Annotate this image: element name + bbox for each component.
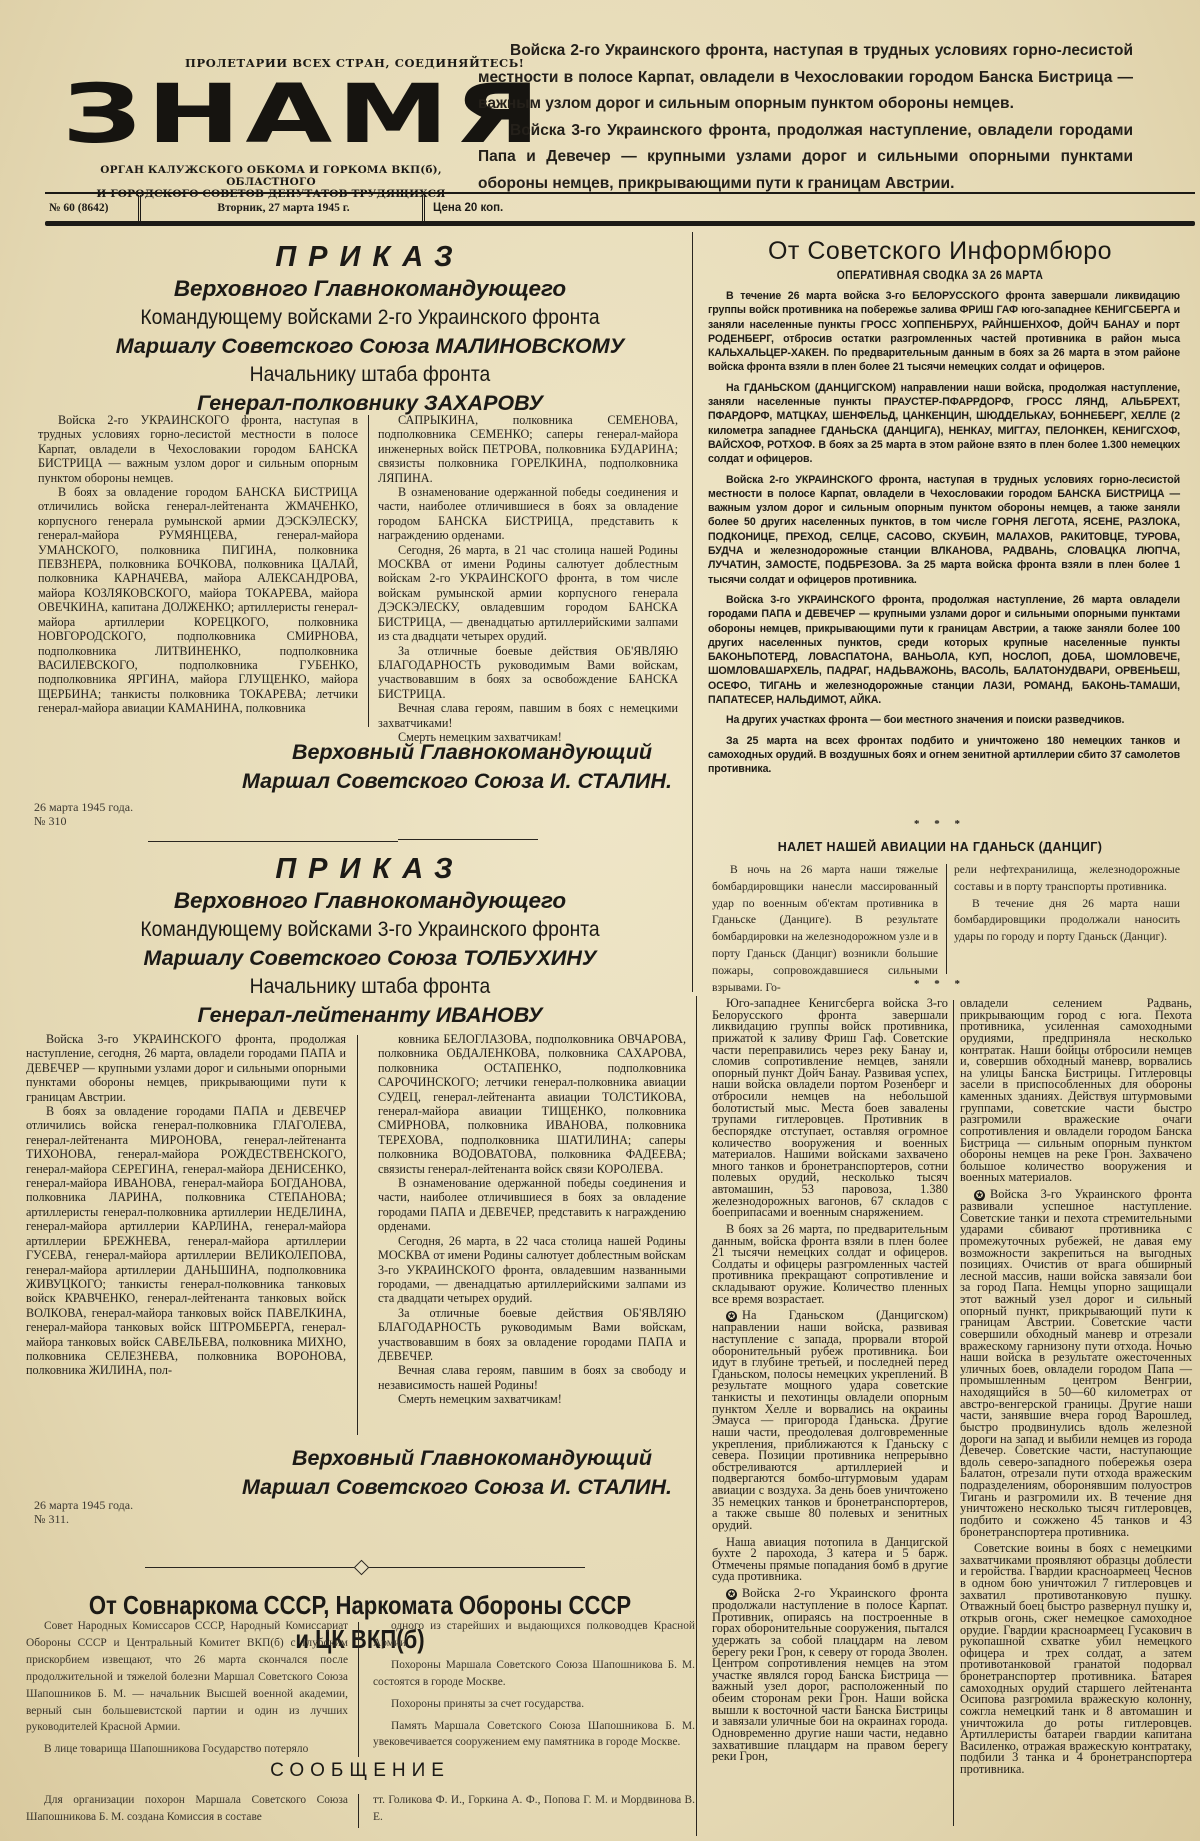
raid-paragraph: В ночь на 26 марта наши тяжелые бомбарди… bbox=[712, 862, 938, 996]
report-paragraph: На других участках фронта — бои местного… bbox=[708, 713, 1180, 727]
message-column-2: тт. Голикова Ф. И., Горкина А. Ф., Попов… bbox=[373, 1792, 695, 1831]
sovnarkom-paragraph: Похороны Маршала Советского Союза Шапошн… bbox=[373, 1657, 695, 1691]
news-paragraph: овладели селением Радвань, прикрывающим … bbox=[960, 998, 1192, 1184]
order-addressee-line: Командующему войсками 3-го Украинского ф… bbox=[85, 916, 655, 944]
order-title: ПРИКАЗ bbox=[60, 852, 680, 886]
message-headline: СООБЩЕНИЕ bbox=[60, 1760, 660, 1782]
order-paragraph: Сегодня, 26 марта, в 21 час столица наше… bbox=[378, 543, 678, 644]
news-paragraph: В боях за 26 марта, по предварительным д… bbox=[712, 1224, 948, 1305]
column-divider bbox=[357, 1035, 358, 1435]
newspaper-logo: ЗНАМЯ bbox=[62, 74, 545, 155]
order-issuer: Верховного Главнокомандующего bbox=[60, 886, 680, 916]
section-separator-stars: * * * bbox=[700, 978, 1180, 990]
sovinformburo-subtitle: ОПЕРАТИВНАЯ СВОДКА ЗА 26 МАРТА bbox=[724, 270, 1156, 282]
column-divider bbox=[696, 996, 697, 1836]
sovnarkom-paragraph: Память Маршала Советского Союза Шапошник… bbox=[373, 1718, 695, 1752]
order-310-header: ПРИКАЗ Верховного Главнокомандующего Ком… bbox=[60, 240, 680, 418]
sovnarkom-paragraph: одного из старейших и выдающихся полково… bbox=[373, 1618, 695, 1652]
column-divider bbox=[692, 232, 693, 992]
news-paragraph: Юго-западнее Кенигсберга войска 3-го Бел… bbox=[712, 998, 948, 1219]
lead-paragraph: Войска 2-го Украинского фронта, наступая… bbox=[478, 38, 1133, 118]
report-paragraph: Войска 3-го УКРАИНСКОГО фронта, продолжа… bbox=[708, 593, 1180, 707]
sovnarkom-paragraph: В лице товарища Шапошникова Государство … bbox=[26, 1741, 348, 1758]
report-paragraph: На ГДАНЬСКОМ (ДАНЦИГСКОМ) направлении на… bbox=[708, 381, 1180, 467]
news-paragraph: Советские воины в боях с немецкими захва… bbox=[960, 1543, 1192, 1776]
order-311-column-2: ковника БЕЛОГЛАЗОВА, подполковника ОВЧАР… bbox=[378, 1032, 686, 1407]
issue-number: № 60 (8642) bbox=[45, 195, 141, 221]
order-addressee-line: Маршалу Советского Союза МАЛИНОВСКОМУ bbox=[60, 332, 680, 361]
front-news-column-2: овладели селением Радвань, прикрывающим … bbox=[960, 998, 1192, 1781]
sovnarkom-column-2: одного из старейших и выдающихся полково… bbox=[373, 1618, 695, 1756]
order-paragraph: Вечная слава героям, павшим в боях с нем… bbox=[378, 701, 678, 730]
order-issuer: Верховного Главнокомандующего bbox=[60, 274, 680, 304]
signature-name: Маршал Советского Союза И. СТАЛИН. bbox=[210, 1473, 672, 1502]
report-paragraph: Войска 2-го УКРАИНСКОГО фронта, наступая… bbox=[708, 473, 1180, 587]
column-divider bbox=[358, 1794, 359, 1828]
sovnarkom-paragraph: Совет Народных Комиссаров СССР, Народный… bbox=[26, 1618, 348, 1736]
order-paragraph: Сегодня, 26 марта, в 22 часа столица наш… bbox=[378, 1234, 686, 1306]
news-paragraph: ✪Войска 3-го Украинского фронта развивал… bbox=[960, 1189, 1192, 1538]
order-number: № 310 bbox=[34, 814, 133, 828]
message-paragraph: тт. Голикова Ф. И., Горкина А. Ф., Попов… bbox=[373, 1792, 695, 1826]
order-paragraph: В ознаменование одержанной победы соедин… bbox=[378, 1176, 686, 1234]
order-addressee-line: Генерал-лейтенанту ИВАНОВУ bbox=[60, 1001, 680, 1030]
order-311-signature: Верховный Главнокомандующий Маршал Совет… bbox=[210, 1444, 672, 1502]
order-date: 26 марта 1945 года. bbox=[34, 1498, 133, 1512]
order-311-column-1: Войска 3-го УКРАИНСКОГО фронта, продолжа… bbox=[26, 1032, 346, 1378]
news-paragraph: ✪Войска 2-го Украинского фронта продолжа… bbox=[712, 1588, 948, 1763]
section-rule bbox=[148, 841, 398, 842]
masthead-bottom-rule bbox=[45, 221, 1195, 226]
raid-paragraph: рели нефтехранилища, железнодорожные сос… bbox=[954, 862, 1180, 896]
publisher-line-1: ОРГАН КАЛУЖСКОГО ОБКОМА И ГОРКОМА ВКП(б)… bbox=[76, 164, 466, 188]
signature-title: Верховный Главнокомандующий bbox=[210, 1444, 672, 1473]
order-311-date: 26 марта 1945 года. № 311. bbox=[34, 1498, 133, 1526]
order-paragraph: За отличные боевые действия ОБ'ЯВЛЯЮ БЛА… bbox=[378, 644, 678, 702]
order-addressee-line: Начальнику штаба фронта bbox=[85, 973, 655, 1001]
order-number: № 311. bbox=[34, 1512, 133, 1526]
order-date: 26 марта 1945 года. bbox=[34, 800, 133, 814]
order-paragraph: Войска 2-го УКРАИНСКОГО фронта, наступая… bbox=[38, 413, 358, 485]
order-310-column-1: Войска 2-го УКРАИНСКОГО фронта, наступая… bbox=[38, 413, 358, 716]
column-divider bbox=[368, 415, 369, 727]
issue-date: Вторник, 27 марта 1945 г. bbox=[145, 195, 425, 221]
order-paragraph: Войска 3-го УКРАИНСКОГО фронта, продолжа… bbox=[26, 1032, 346, 1104]
raid-column-2: рели нефтехранилища, железнодорожные сос… bbox=[954, 862, 1180, 946]
column-divider bbox=[946, 864, 947, 974]
column-divider bbox=[358, 1622, 359, 1757]
message-column-1: Для организации похорон Маршала Советско… bbox=[26, 1792, 348, 1831]
order-title: ПРИКАЗ bbox=[60, 240, 680, 274]
order-paragraph: ковника БЕЛОГЛАЗОВА, подполковника ОВЧАР… bbox=[378, 1032, 686, 1176]
order-paragraph: В ознаменование одержанной победы соедин… bbox=[378, 485, 678, 543]
front-news-column-1: Юго-западнее Кенигсберга войска 3-го Бел… bbox=[712, 998, 948, 1768]
order-paragraph: САПРЫКИНА, полковника СЕМЕНОВА, подполко… bbox=[378, 413, 678, 485]
lead-paragraph: Войска 3-го Украинского фронта, продолжа… bbox=[478, 118, 1133, 198]
order-addressee-line: Командующему войсками 2-го Украинского ф… bbox=[85, 304, 655, 332]
news-paragraph: ✪На Гданьском (Данцигском) направлении н… bbox=[712, 1310, 948, 1531]
sovnarkom-paragraph: Похороны приняты за счет государства. bbox=[373, 1696, 695, 1713]
diamond-ornament-icon bbox=[354, 1560, 370, 1576]
order-paragraph: В боях за овладение городами ПАПА и ДЕВЕ… bbox=[26, 1104, 346, 1378]
order-paragraph: В боях за овладение городом БАНСКА БИСТР… bbox=[38, 485, 358, 716]
order-paragraph: Вечная слава героям, павшим в боях за св… bbox=[378, 1363, 686, 1392]
order-310-date: 26 марта 1945 года. № 310 bbox=[34, 800, 133, 828]
raid-headline: НАЛЕТ НАШЕЙ АВИАЦИИ НА ГДАНЬСК (ДАНЦИГ) bbox=[700, 840, 1180, 854]
message-paragraph: Для организации похорон Маршала Советско… bbox=[26, 1792, 348, 1826]
order-addressee-line: Начальнику штаба фронта bbox=[85, 361, 655, 389]
report-paragraph: За 25 марта на всех фронтах подбито и ун… bbox=[708, 734, 1180, 777]
lead-announcement: Войска 2-го Украинского фронта, наступая… bbox=[478, 38, 1133, 197]
order-311-header: ПРИКАЗ Верховного Главнокомандующего Ком… bbox=[60, 852, 680, 1030]
order-paragraph: Смерть немецким захватчикам! bbox=[378, 1392, 686, 1406]
order-310-signature: Верховный Главнокомандующий Маршал Совет… bbox=[210, 738, 672, 796]
section-rule bbox=[398, 839, 538, 840]
news-paragraph: Наша авиация потопила в Данцигской бухте… bbox=[712, 1537, 948, 1584]
issue-info-bar: № 60 (8642) Вторник, 27 марта 1945 г. Це… bbox=[45, 195, 1195, 221]
order-addressee-line: Маршалу Советского Союза ТОЛБУХИНУ bbox=[60, 944, 680, 973]
order-paragraph: За отличные боевые действия ОБ'ЯВЛЯЮ БЛА… bbox=[378, 1306, 686, 1364]
issue-price: Цена 20 коп. bbox=[429, 195, 519, 221]
order-310-column-2: САПРЫКИНА, полковника СЕМЕНОВА, подполко… bbox=[378, 413, 678, 744]
sovinformburo-headline: От Советского Информбюро bbox=[700, 236, 1180, 266]
news-text: Войска 2-го Украинского фронта продолжал… bbox=[712, 1586, 948, 1763]
news-text: Войска 3-го Украинского фронта развивали… bbox=[960, 1187, 1192, 1539]
signature-name: Маршал Советского Союза И. СТАЛИН. bbox=[210, 767, 672, 796]
news-text: На Гданьском (Данцигском) направлении на… bbox=[712, 1308, 948, 1532]
column-divider bbox=[953, 1000, 954, 1826]
raid-column-1: В ночь на 26 марта наши тяжелые бомбарди… bbox=[712, 862, 938, 996]
headline-line: От Совнаркома СССР, Наркомата Обороны СС… bbox=[88, 1588, 632, 1622]
sovinformburo-report: В течение 26 марта войска 3-го БЕЛОРУССК… bbox=[708, 289, 1180, 783]
raid-paragraph: В течение дня 26 марта наши бомбардировщ… bbox=[954, 896, 1180, 946]
signature-title: Верховный Главнокомандующий bbox=[210, 738, 672, 767]
sovnarkom-column-1: Совет Народных Комиссаров СССР, Народный… bbox=[26, 1618, 348, 1763]
report-paragraph: В течение 26 марта войска 3-го БЕЛОРУССК… bbox=[708, 289, 1180, 375]
section-separator-stars: * * * bbox=[700, 818, 1180, 830]
